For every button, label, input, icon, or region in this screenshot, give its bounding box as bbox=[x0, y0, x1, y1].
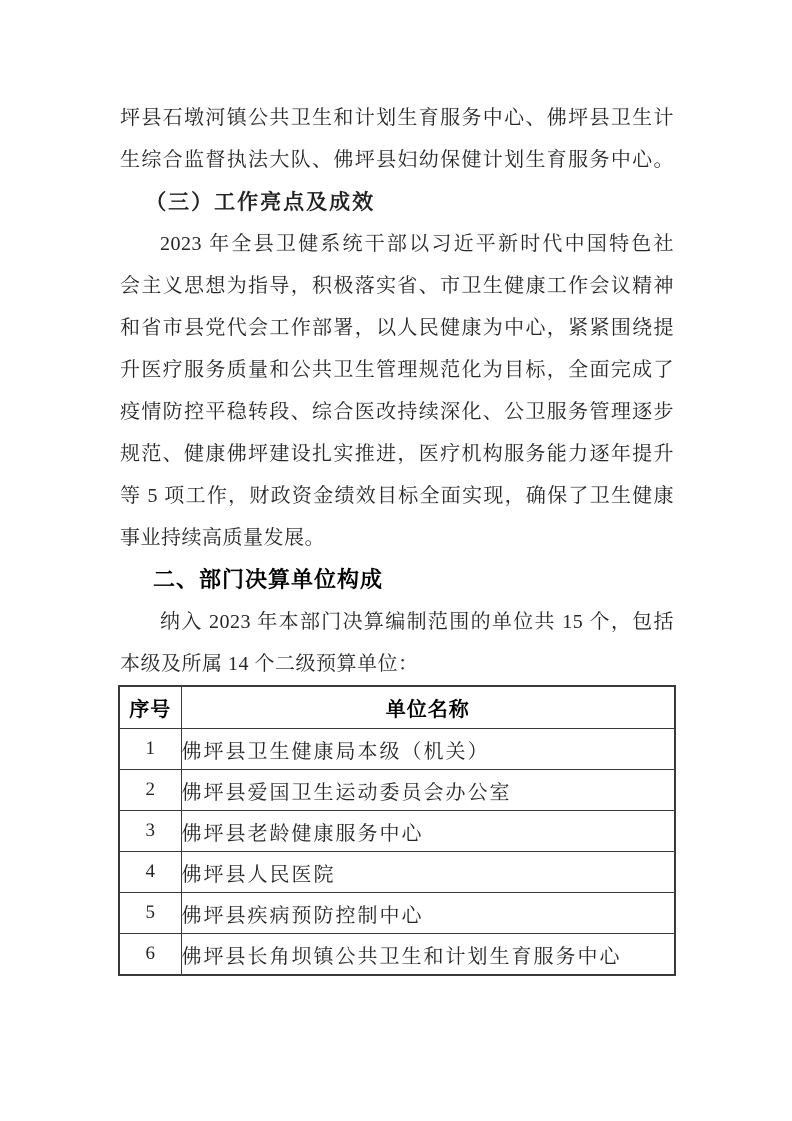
table-row: 5 佛坪县疾病预防控制中心 bbox=[119, 893, 675, 934]
table-row: 6 佛坪县长角坝镇公共卫生和计划生育服务中心 bbox=[119, 934, 675, 976]
section-heading: 二、部门决算单位构成 bbox=[118, 559, 674, 601]
body-text-line: 本级及所属 14 个二级预算单位： bbox=[118, 643, 674, 685]
table-row: 4 佛坪县人民医院 bbox=[119, 852, 675, 893]
body-text-line: 纳入 2023 年本部门决算编制范围的单位共 15 个，包括 bbox=[118, 601, 674, 643]
table-row: 1 佛坪县卫生健康局本级（机关） bbox=[119, 729, 675, 770]
unit-name-cell: 佛坪县疾病预防控制中心 bbox=[181, 893, 675, 934]
table-header-row: 序号 单位名称 bbox=[119, 686, 675, 729]
col-header-unit-name: 单位名称 bbox=[181, 686, 675, 729]
unit-name-cell: 佛坪县爱国卫生运动委员会办公室 bbox=[181, 770, 675, 811]
budget-units-table: 序号 单位名称 1 佛坪县卫生健康局本级（机关） 2 佛坪县爱国卫生运动委员会办… bbox=[118, 685, 676, 976]
row-number-cell: 5 bbox=[119, 893, 181, 934]
body-text-line: 坪县石墩河镇公共卫生和计划生育服务中心、佛坪县卫生计 bbox=[118, 97, 674, 139]
body-text-line: 事业持续高质量发展。 bbox=[118, 517, 674, 559]
body-text-line: 规范、健康佛坪建设扎实推进，医疗机构服务能力逐年提升 bbox=[118, 433, 674, 475]
body-text-line: 生综合监督执法大队、佛坪县妇幼保健计划生育服务中心。 bbox=[118, 139, 674, 181]
subsection-heading: （三）工作亮点及成效 bbox=[118, 181, 674, 223]
unit-name-cell: 佛坪县老龄健康服务中心 bbox=[181, 811, 675, 852]
row-number-cell: 4 bbox=[119, 852, 181, 893]
body-text-line: 2023 年全县卫健系统干部以习近平新时代中国特色社 bbox=[118, 223, 674, 265]
body-text-line: 升医疗服务质量和公共卫生管理规范化为目标，全面完成了 bbox=[118, 349, 674, 391]
document-page: 坪县石墩河镇公共卫生和计划生育服务中心、佛坪县卫生计 生综合监督执法大队、佛坪县… bbox=[0, 0, 792, 1121]
page-content: 坪县石墩河镇公共卫生和计划生育服务中心、佛坪县卫生计 生综合监督执法大队、佛坪县… bbox=[118, 97, 674, 976]
body-text-line: 等 5 项工作，财政资金绩效目标全面实现，确保了卫生健康 bbox=[118, 475, 674, 517]
row-number-cell: 1 bbox=[119, 729, 181, 770]
table-row: 3 佛坪县老龄健康服务中心 bbox=[119, 811, 675, 852]
unit-name-cell: 佛坪县卫生健康局本级（机关） bbox=[181, 729, 675, 770]
row-number-cell: 3 bbox=[119, 811, 181, 852]
unit-name-cell: 佛坪县人民医院 bbox=[181, 852, 675, 893]
body-text-line: 和省市县党代会工作部署，以人民健康为中心，紧紧围绕提 bbox=[118, 307, 674, 349]
row-number-cell: 2 bbox=[119, 770, 181, 811]
body-text-line: 疫情防控平稳转段、综合医改持续深化、公卫服务管理逐步 bbox=[118, 391, 674, 433]
unit-name-cell: 佛坪县长角坝镇公共卫生和计划生育服务中心 bbox=[181, 934, 675, 976]
table-row: 2 佛坪县爱国卫生运动委员会办公室 bbox=[119, 770, 675, 811]
col-header-index: 序号 bbox=[119, 686, 181, 729]
body-text-line: 会主义思想为指导，积极落实省、市卫生健康工作会议精神 bbox=[118, 265, 674, 307]
row-number-cell: 6 bbox=[119, 934, 181, 976]
